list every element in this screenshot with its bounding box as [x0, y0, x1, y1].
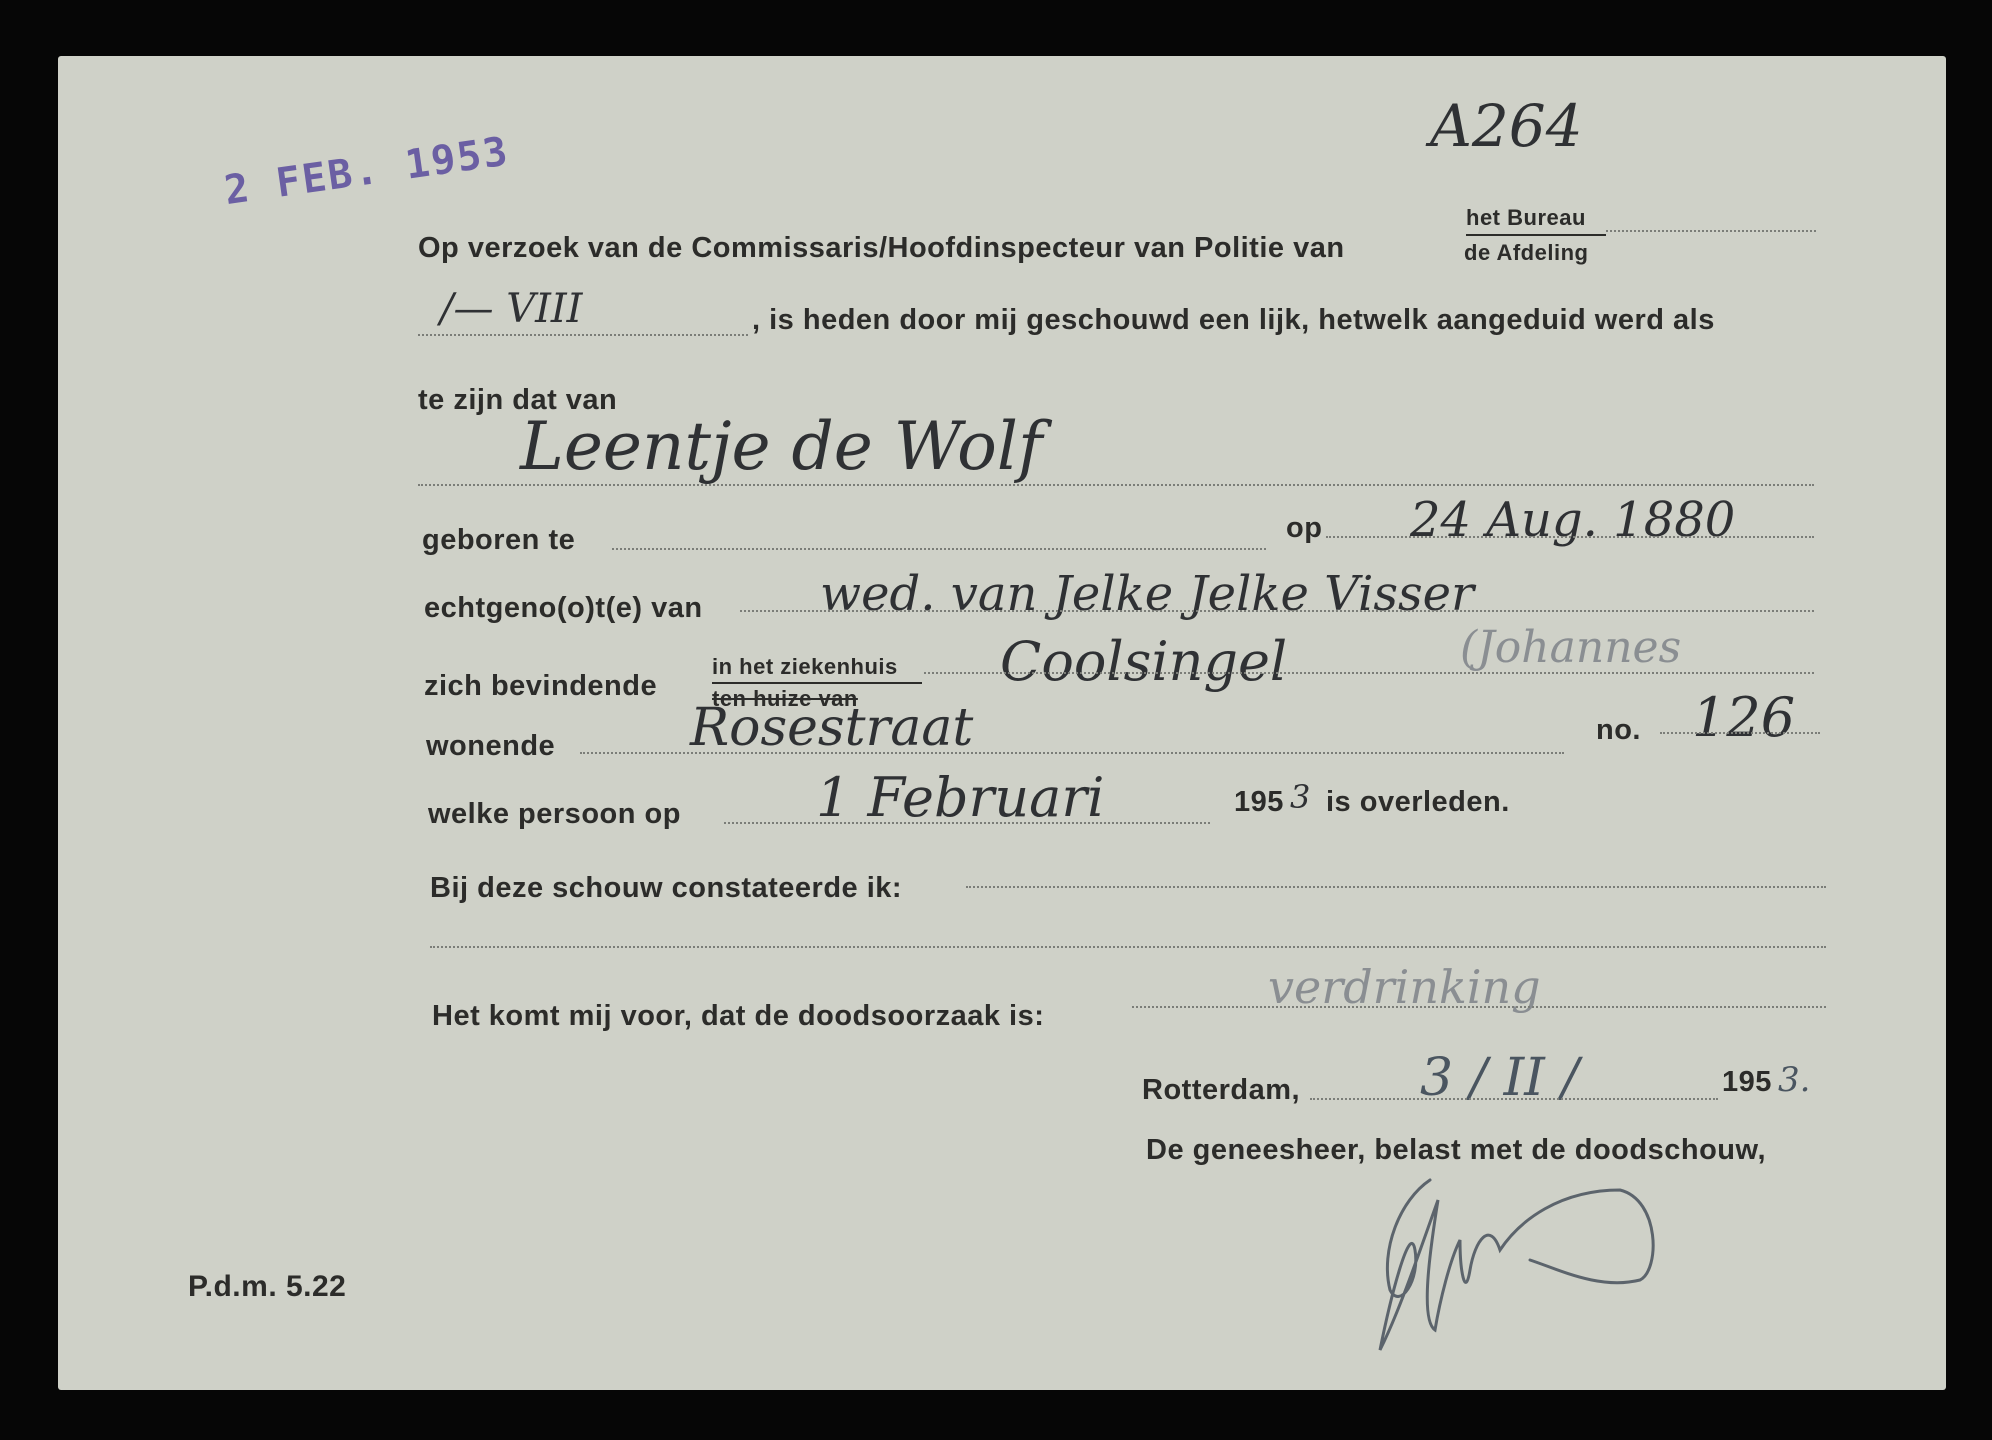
location-label: zich bevindende: [424, 670, 657, 703]
line2-label: , is heden door mij geschouwd een lijk, …: [752, 304, 1715, 337]
house-no-field[interactable]: [1660, 732, 1820, 734]
born-date-field[interactable]: [1326, 536, 1814, 538]
sign-year-prefix: 195: [1722, 1066, 1772, 1099]
house-no-label: no.: [1596, 714, 1641, 747]
house-no-value: 126: [1692, 686, 1795, 749]
signature-icon: [1360, 1160, 1740, 1360]
spouse-label: echtgeno(o)t(e) van: [424, 592, 703, 625]
option-het-bureau: het Bureau: [1466, 205, 1586, 231]
spouse-value: wed. van Jelke Jelke Visser: [820, 566, 1474, 622]
finding-label: Bij deze schouw constateerde ik:: [430, 872, 902, 905]
location-divider: [712, 682, 922, 684]
perforated-edge: [58, 50, 1946, 62]
deceased-name: Leentje de Wolf: [520, 408, 1042, 485]
death-year-prefix: 195: [1234, 786, 1284, 819]
born-place-field[interactable]: [612, 548, 1266, 550]
death-date: 1 Februari: [816, 766, 1104, 829]
bureau-field[interactable]: [1606, 230, 1816, 232]
sign-year-suffix: 3.: [1778, 1060, 1810, 1100]
sign-date-field[interactable]: [1310, 1098, 1718, 1100]
bureau-number-field[interactable]: [418, 334, 748, 336]
finding-field-1[interactable]: [966, 886, 1826, 888]
residence-value: Rosestraat: [690, 698, 973, 758]
location-value: Coolsingel: [1000, 630, 1287, 693]
death-tail: is overleden.: [1326, 786, 1510, 819]
cause-field[interactable]: [1132, 1006, 1826, 1008]
option-ziekenhuis: in het ziekenhuis: [712, 654, 898, 680]
cause-label: Het komt mij voor, dat de doodsoorzaak i…: [432, 1000, 1044, 1033]
name-field[interactable]: [418, 484, 1814, 486]
place-label: Rotterdam,: [1142, 1074, 1300, 1107]
line1-label: Op verzoek van de Commissaris/Hoofdinspe…: [418, 232, 1345, 265]
residence-label: wonende: [426, 730, 555, 763]
option-divider: [1466, 234, 1606, 236]
born-date: 24 Aug. 1880: [1410, 492, 1735, 548]
death-label: welke persoon op: [428, 798, 681, 831]
archive-number: A264: [1430, 92, 1583, 160]
born-label: geboren te: [422, 524, 575, 557]
form-code: P.d.m. 5.22: [188, 1270, 346, 1304]
location-field[interactable]: [924, 672, 1814, 674]
option-de-afdeling: de Afdeling: [1464, 240, 1588, 266]
residence-field[interactable]: [580, 752, 1564, 754]
spouse-field[interactable]: [740, 610, 1814, 612]
death-date-field[interactable]: [724, 822, 1210, 824]
finding-field-2[interactable]: [430, 946, 1826, 948]
born-on-label: op: [1286, 512, 1322, 545]
death-year-suffix: 3: [1290, 778, 1310, 816]
bureau-value: /— VIII: [440, 286, 582, 332]
location-note: (Johannes: [1460, 622, 1681, 673]
